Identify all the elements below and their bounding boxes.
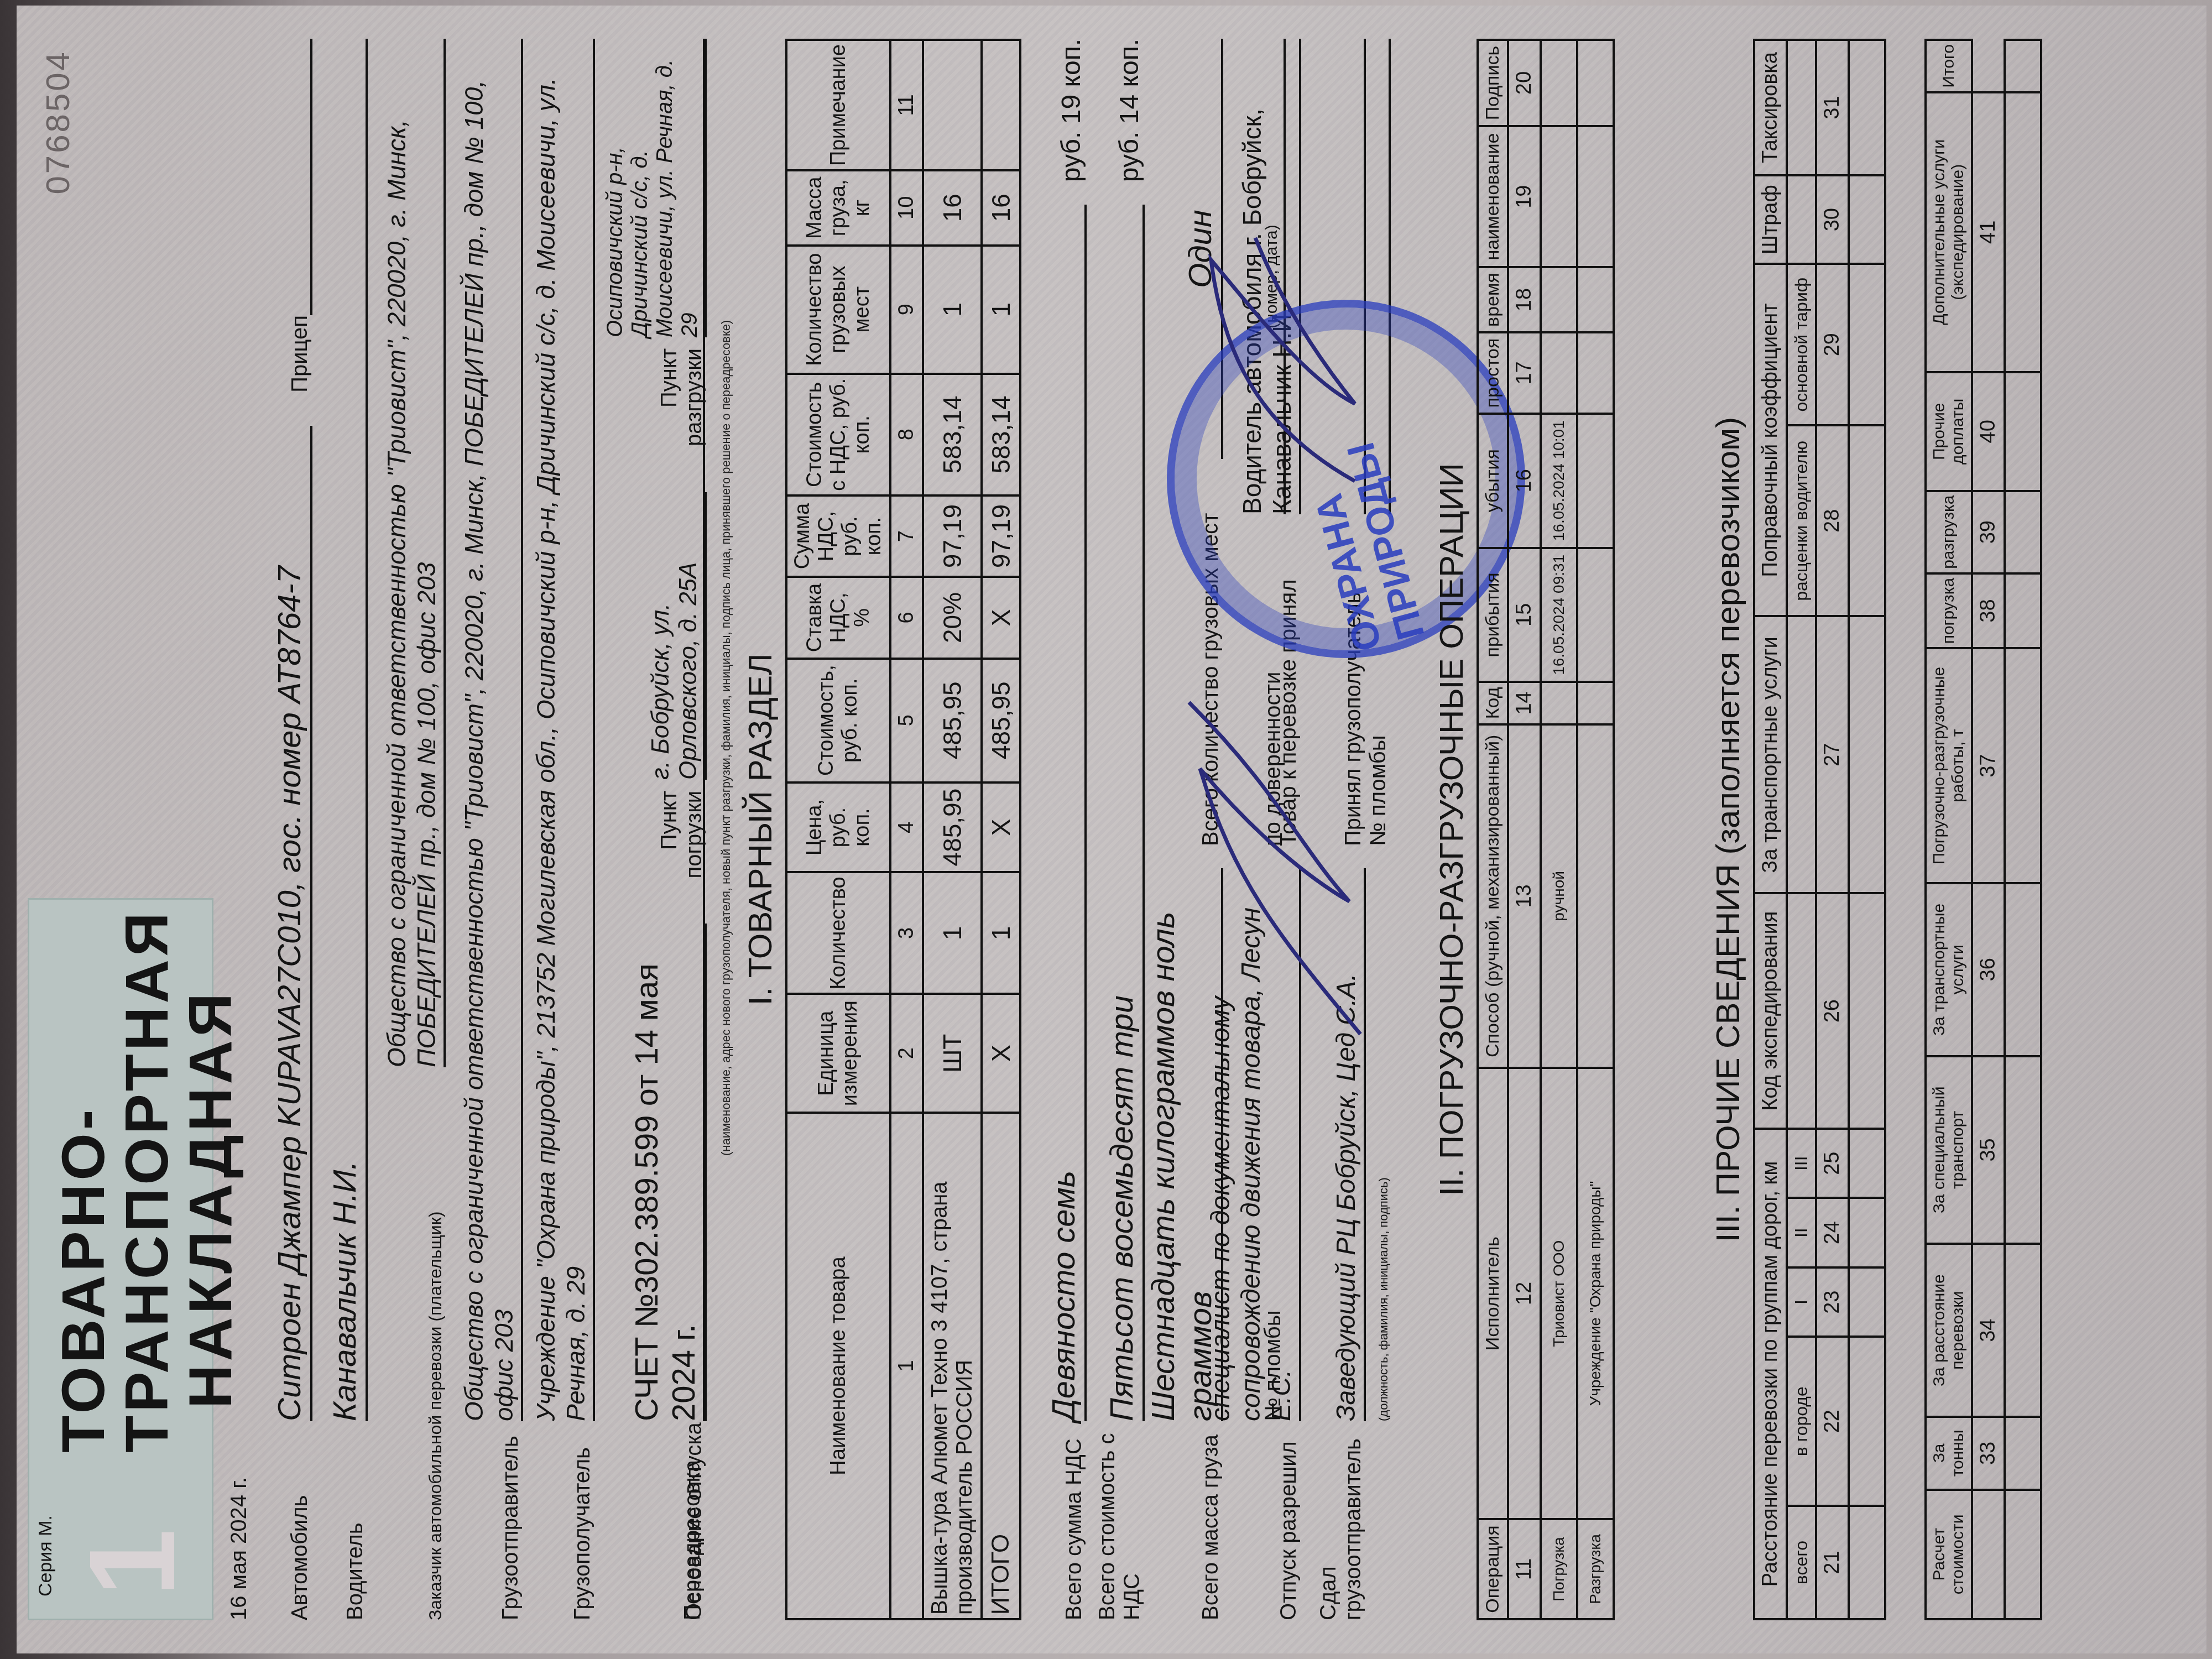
signature-driver xyxy=(1189,216,1383,492)
series-label: Серия М. xyxy=(35,1515,56,1597)
total-with-vat-row: Всего стоимость с НДС Пятьсот восемьдеся… xyxy=(1095,39,1145,1620)
table-row: РазгрузкаУчреждение "Охрана природы" xyxy=(1577,40,1614,1619)
table-row xyxy=(1849,40,1885,1619)
vat-total-value: Девяносто семь xyxy=(1045,205,1087,1421)
customer-row: Заказчик автомобильной перевозки (плател… xyxy=(382,39,446,1620)
driver-row: Водитель Канавальчик Н.И. xyxy=(326,39,368,1620)
other-section-title: III. ПРОЧИЕ СВЕДЕНИЯ (заполняется перево… xyxy=(1709,6,1747,1653)
consignee-row: Грузополучатель Учреждение "Охрана приро… xyxy=(531,39,595,1620)
table-row: ПогрузкаТриовист ОООручной16.05.2024 09:… xyxy=(1541,40,1577,1619)
driver-value: Канавальчик Н.И. xyxy=(326,39,368,1421)
table-row xyxy=(2005,40,2041,1619)
signature-release xyxy=(1167,658,1388,1045)
vehicle-row: Автомобиль Ситроен Джампер KUPAVA27C010,… xyxy=(271,39,312,1620)
header-band: Серия М. 1 ТОВАРНО-ТРАНСПОРТНАЯ НАКЛАДНА… xyxy=(28,898,213,1620)
vat-total-row: Всего сумма НДС Девяносто семь руб. 19 к… xyxy=(1045,39,1087,1620)
calc-header-row: Расчет стоимостиЗа тонныЗа расстояние пе… xyxy=(1926,40,1972,1619)
distance-table: Расстояние перевозки по группам дорог, к… xyxy=(1753,39,1886,1620)
column-number-row: 2122232425262728293031 xyxy=(1816,40,1849,1619)
total-with-vat-value: Пятьсот восемьдесят три xyxy=(1103,205,1145,1421)
shipper-value: Общество с ограниченной ответственностью… xyxy=(459,39,523,1421)
customer-value: Общество с ограниченной ответственностью… xyxy=(382,39,446,1067)
table-row: Вышка-тура Алюмет Техно 3 4107, страна п… xyxy=(923,40,982,1619)
consignment-note: Серия М. 1 ТОВАРНО-ТРАНСПОРТНАЯ НАКЛАДНА… xyxy=(17,6,2206,1653)
consignee-value: Учреждение "Охрана природы", 213752 Моги… xyxy=(531,39,595,1421)
readdress-row: Переадресовка xyxy=(680,39,705,1620)
calculation-table: Расчет стоимостиЗа тонныЗа расстояние пе… xyxy=(1924,39,2042,1620)
table-header-row: ОперацияИсполнительСпособ (ручной, механ… xyxy=(1478,40,1508,1619)
vehicle-value: Ситроен Джампер KUPAVA27C010, гос. номер… xyxy=(271,426,312,1421)
form-number: 1 xyxy=(62,1529,202,1597)
operations-table: ОперацияИсполнительСпособ (ручной, механ… xyxy=(1477,39,1615,1620)
distance-header-row: Расстояние перевозки по группам дорог, к… xyxy=(1754,40,1787,1619)
goods-section-title: I. ТОВАРНЫЙ РАЗДЕЛ xyxy=(741,6,779,1653)
column-number-row: 11121314151617181920 xyxy=(1508,40,1541,1619)
table-header-row: Наименование товараЕдиница измеренияКоли… xyxy=(786,40,890,1619)
shipper-row: Грузоотправитель Общество с ограниченной… xyxy=(459,39,523,1620)
serial-number: 0768504 xyxy=(39,50,77,195)
column-number-row: 333435363738394041 xyxy=(1972,40,2005,1619)
goods-table: Наименование товараЕдиница измеренияКоли… xyxy=(785,39,1021,1620)
column-number-row: 1234567891011 xyxy=(890,40,923,1619)
operations-section-title: II. ПОГРУЗОЧНО-РАЗГРУЗОЧНЫЕ ОПЕРАЦИИ xyxy=(1432,6,1470,1653)
distance-subheader-row: всегов городеIIIIIIрасценки водителюосно… xyxy=(1787,40,1816,1619)
date-row: 16 мая 2024 г. xyxy=(227,39,254,1620)
total-row: ИТОГОX1X485,95X97,19583,14116 xyxy=(982,40,1020,1619)
document-title: ТОВАРНО-ТРАНСПОРТНАЯ НАКЛАДНАЯ xyxy=(51,900,242,1453)
